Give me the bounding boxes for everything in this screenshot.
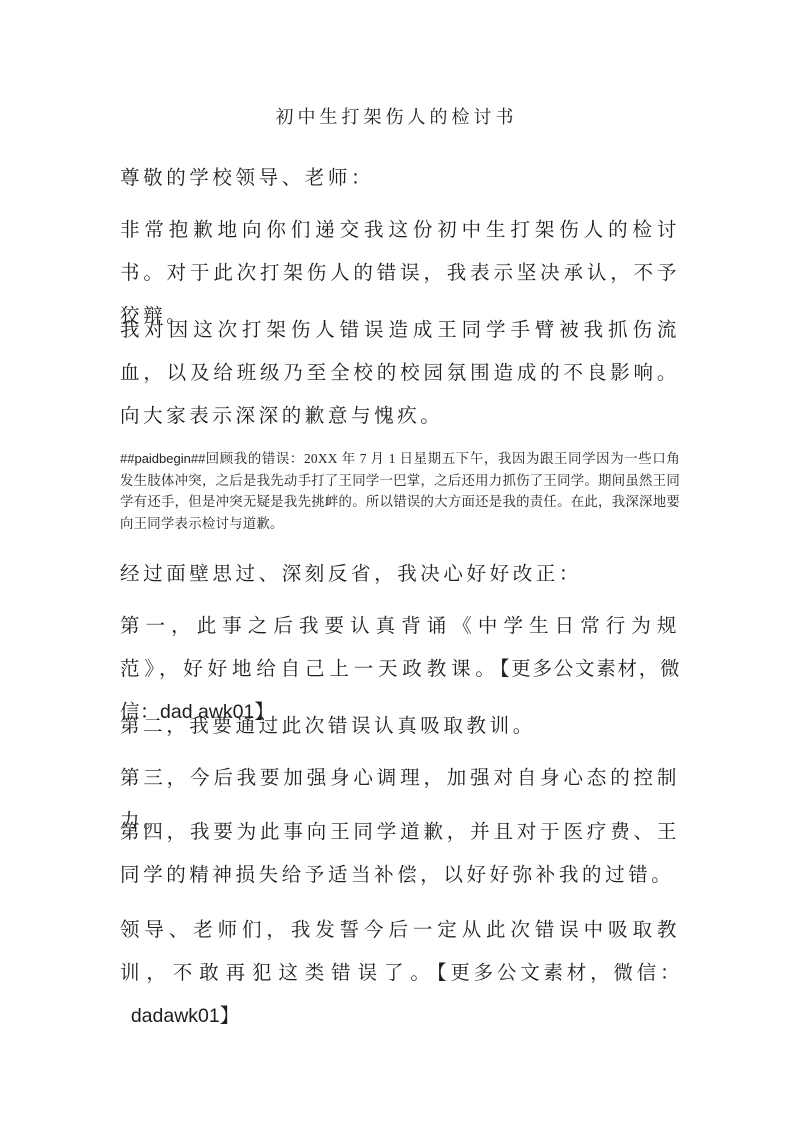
paragraph-second: 第二，我要通过此次错误认真吸取教训。 (120, 704, 680, 747)
document-page: 初中生打架伤人的检讨书 尊敬的学校领导、老师： 非常抱歉地向你们递交我这份初中生… (0, 0, 793, 1122)
paragraph-closing: 领导、老师们，我发誓今后一定从此次错误中吸取教训，不敢再犯这类错误了。【更多公文… (120, 908, 680, 1038)
paid-marker: ##paidbegin## (120, 451, 205, 466)
paragraph-review: ##paidbegin##回顾我的错误：20XX 年 7 月 1 日星期五下午，… (120, 448, 680, 534)
paragraph-resolve: 经过面壁思过、深刻反省，我决心好好改正： (120, 552, 680, 595)
paragraph-fourth: 第四，我要为此事向王同学道歉，并且对于医疗费、王同学的精神损失给予适当补偿，以好… (120, 810, 680, 896)
promo-text: 【更多公文素材，微信： (437, 961, 680, 984)
promo-bracket: 】 (220, 1004, 240, 1027)
promo-wechat-id: dadawk01 (120, 1005, 220, 1027)
document-title: 初中生打架伤人的检讨书 (0, 104, 793, 132)
paragraph-impact: 我对因这次打架伤人错误造成王同学手臂被我抓伤流血，以及给班级乃至全校的校园氛围造… (120, 308, 680, 437)
salutation: 尊敬的学校领导、老师： (120, 156, 680, 199)
